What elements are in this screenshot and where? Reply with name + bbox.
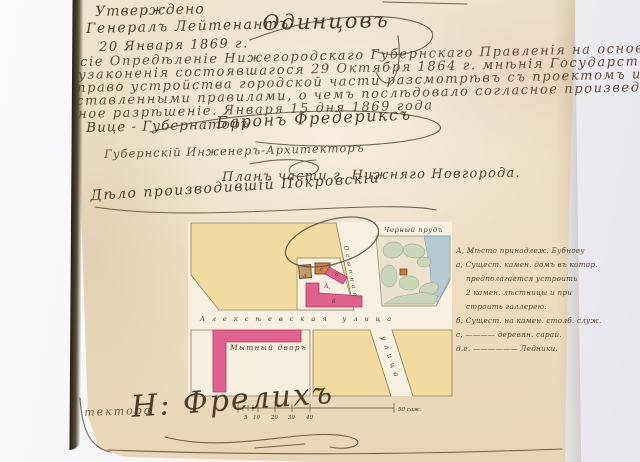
clerk-underline-flourish [95,207,436,213]
vice-governor-flourish [150,111,440,146]
engineer-signature-flourish [250,160,319,177]
top-right-stroke-remnant [383,2,467,4]
architect-signature-underline [255,444,305,448]
scanned-archival-document: Утверждено Генералъ Лейтенантъ Одинцовъ … [0,0,640,462]
paper-corner-curl-edge [80,398,110,452]
governor-signature-flourish [250,16,433,54]
ink-flourishes-overlay [0,0,640,462]
governor-signature-tail [376,36,399,83]
lower-page-edge-line [108,449,562,454]
architect-signature-flourish [165,434,358,448]
